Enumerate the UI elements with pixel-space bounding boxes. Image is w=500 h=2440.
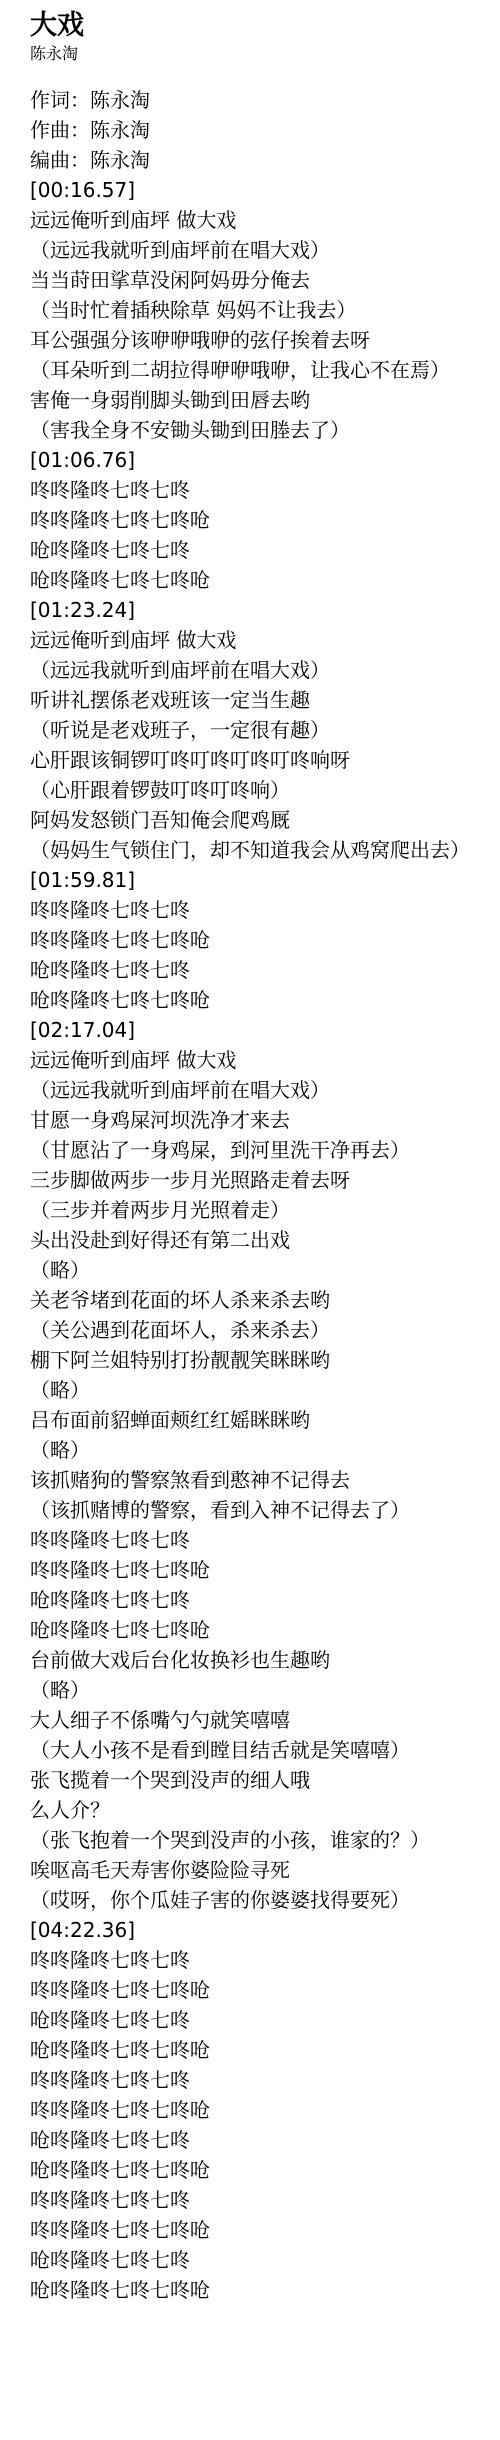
lyric-line: [01:23.24] [30, 595, 492, 625]
lyric-line: 害俺一身弱削脚头锄到田唇去哟 [30, 385, 492, 415]
lyric-line: 远远俺听到庙坪 做大戏 [30, 1045, 492, 1075]
lyric-line: 呛咚隆咚七咚七咚呛 [30, 2155, 492, 2185]
lyric-line: [04:22.36] [30, 1915, 492, 1945]
lyric-line: （哎呀，你个瓜娃子害的你婆婆找得要死） [30, 1885, 492, 1915]
lyric-line: 咚咚隆咚七咚七咚 [30, 1525, 492, 1555]
lyric-line: （甘愿沾了一身鸡屎，到河里洗干净再去） [30, 1135, 492, 1165]
lyric-line: 咚咚隆咚七咚七咚呛 [30, 1975, 492, 2005]
lyric-line: （害我全身不安锄头锄到田塍去了） [30, 415, 492, 445]
lyric-line: 台前做大戏后台化妆换衫也生趣哟 [30, 1645, 492, 1675]
lyric-line: （远远我就听到庙坪前在唱大戏） [30, 235, 492, 265]
lyric-line: 咚咚隆咚七咚七咚 [30, 1945, 492, 1975]
lyric-line: 呛咚隆咚七咚七咚呛 [30, 2275, 492, 2305]
lyric-line: 棚下阿兰姐特别打扮靓靓笑眯眯哟 [30, 1345, 492, 1375]
lyric-line: 咚咚隆咚七咚七咚 [30, 2185, 492, 2215]
lyric-line: （远远我就听到庙坪前在唱大戏） [30, 1075, 492, 1105]
lyric-line: （张飞抱着一个哭到没声的小孩，谁家的？） [30, 1825, 492, 1855]
lyric-line: 当当莳田挲草没闲阿妈毋分俺去 [30, 265, 492, 295]
lyric-line: [01:06.76] [30, 445, 492, 475]
lyrics-list: [00:16.57]远远俺听到庙坪 做大戏（远远我就听到庙坪前在唱大戏）当当莳田… [30, 175, 492, 2305]
lyric-line: 呛咚隆咚七咚七咚 [30, 1585, 492, 1615]
lyric-line: 关老爷堵到花面的坏人杀来杀去哟 [30, 1285, 492, 1315]
lyric-line: 么人介？ [30, 1795, 492, 1825]
lyric-line: （远远我就听到庙坪前在唱大戏） [30, 655, 492, 685]
lyric-line: （耳朵听到二胡拉得咿咿哦咿，让我心不在焉） [30, 355, 492, 385]
lyric-line: （心肝跟着锣鼓叮咚叮咚响） [30, 775, 492, 805]
lyric-line: 呛咚隆咚七咚七咚呛 [30, 2035, 492, 2065]
lyric-line: 远远俺听到庙坪 做大戏 [30, 625, 492, 655]
lyric-line: 咚咚隆咚七咚七咚呛 [30, 925, 492, 955]
lyric-line: 张飞揽着一个哭到没声的细人哦 [30, 1765, 492, 1795]
lyric-line: （妈妈生气锁住门，却不知道我会从鸡窝爬出去） [30, 835, 492, 865]
credit-line: 作曲：陈永淘 [30, 115, 492, 145]
lyrics-page: 大戏 陈永淘 作词：陈永淘作曲：陈永淘编曲：陈永淘 [00:16.57]远远俺听… [0, 0, 500, 2305]
lyric-line: 听讲礼摆係老戏班该一定当生趣 [30, 685, 492, 715]
lyric-line: 呛咚隆咚七咚七咚 [30, 2125, 492, 2155]
lyric-line: 远远俺听到庙坪 做大戏 [30, 205, 492, 235]
lyric-line: 咚咚隆咚七咚七咚 [30, 475, 492, 505]
lyric-line: 呛咚隆咚七咚七咚 [30, 2005, 492, 2035]
lyric-line: [00:16.57] [30, 175, 492, 205]
lyric-line: 心肝跟该铜锣叮咚叮咚叮咚叮咚响呀 [30, 745, 492, 775]
credit-line: 编曲：陈永淘 [30, 145, 492, 175]
lyric-line: 咚咚隆咚七咚七咚呛 [30, 1555, 492, 1585]
lyric-line: 该抓赌狗的警察煞看到憨神不记得去 [30, 1465, 492, 1495]
song-title: 大戏 [30, 8, 492, 44]
lyric-line: 咚咚隆咚七咚七咚呛 [30, 2095, 492, 2125]
credits-list: 作词：陈永淘作曲：陈永淘编曲：陈永淘 [30, 85, 492, 175]
lyric-line: 呛咚隆咚七咚七咚 [30, 535, 492, 565]
lyric-line: （略） [30, 1375, 492, 1405]
lyric-line: （三步并着两步月光照着走） [30, 1195, 492, 1225]
lyric-line: 咚咚隆咚七咚七咚呛 [30, 505, 492, 535]
lyric-line: 阿妈发怒锁门吾知俺会爬鸡厩 [30, 805, 492, 835]
lyric-line: 甘愿一身鸡屎河坝洗净才来去 [30, 1105, 492, 1135]
lyric-line: （略） [30, 1255, 492, 1285]
credit-line: 作词：陈永淘 [30, 85, 492, 115]
lyric-line: 唉呕高毛天寿害你婆险险寻死 [30, 1855, 492, 1885]
lyric-line: 三步脚做两步一步月光照路走着去呀 [30, 1165, 492, 1195]
lyric-line: 大人细子不係嘴勺勺就笑嘻嘻 [30, 1705, 492, 1735]
lyric-line: 呛咚隆咚七咚七咚呛 [30, 985, 492, 1015]
lyric-line: 呛咚隆咚七咚七咚 [30, 2245, 492, 2275]
lyric-line: （略） [30, 1675, 492, 1705]
lyric-line: （该抓赌博的警察，看到入神不记得去了） [30, 1495, 492, 1525]
lyric-line: （大人小孩不是看到瞠目结舌就是笑嘻嘻） [30, 1735, 492, 1765]
lyric-line: 咚咚隆咚七咚七咚 [30, 895, 492, 925]
lyric-line: 呛咚隆咚七咚七咚 [30, 955, 492, 985]
lyric-line: 呛咚隆咚七咚七咚呛 [30, 1615, 492, 1645]
lyric-line: 耳公强强分该咿咿哦咿的弦仔挨着去呀 [30, 325, 492, 355]
lyric-line: （听说是老戏班子，一定很有趣） [30, 715, 492, 745]
lyric-line: （略） [30, 1435, 492, 1465]
lyric-line: 呛咚隆咚七咚七咚呛 [30, 565, 492, 595]
song-artist: 陈永淘 [30, 44, 492, 64]
lyric-line: （关公遇到花面坏人，杀来杀去） [30, 1315, 492, 1345]
lyric-line: [02:17.04] [30, 1015, 492, 1045]
lyric-line: （当时忙着插秧除草 妈妈不让我去） [30, 295, 492, 325]
lyric-line: 吕布面前貂蝉面颊红红媱眯眯哟 [30, 1405, 492, 1435]
lyric-line: 咚咚隆咚七咚七咚呛 [30, 2215, 492, 2245]
lyric-line: 头出没赴到好得还有第二出戏 [30, 1225, 492, 1255]
lyric-line: [01:59.81] [30, 865, 492, 895]
lyric-line: 咚咚隆咚七咚七咚 [30, 2065, 492, 2095]
